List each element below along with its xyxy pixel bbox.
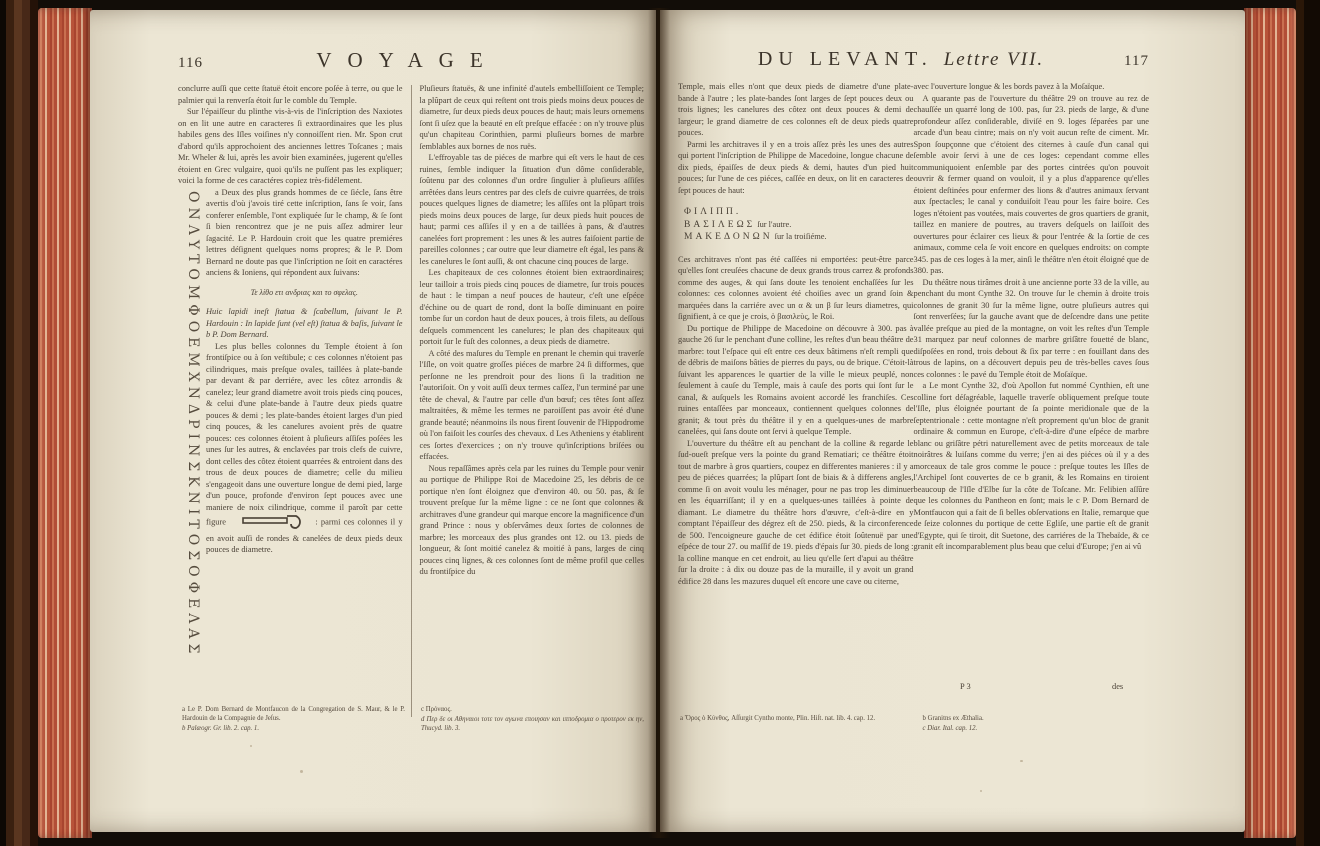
- paper-speck: [300, 770, 303, 773]
- page-117-text: Temple, mais elles n'ont que deux pieds …: [660, 81, 1245, 729]
- footnote: b Granitns ex Æthalia.: [923, 714, 1150, 723]
- footnote-column: a Ὄρος ὁ Κύνθος, Aſſurgit Cyntho monte, …: [680, 714, 907, 734]
- paragraph: L'effroyable tas de piéces de marbre qui…: [420, 152, 645, 267]
- footnote-column: c Πρόναος. d Περ δε οι Αθηναιοι τοτε τον…: [421, 705, 644, 734]
- page-116-text: conclurre auſſi que cette ſtatuë étoit e…: [90, 83, 656, 731]
- column-key-figure: [233, 513, 308, 533]
- catchword-right: des: [1112, 682, 1123, 691]
- paragraph: avec l'ouverture longue & les bords pave…: [914, 81, 1150, 93]
- paragraph: Nous repaſſâmes après cela par les ruine…: [420, 463, 645, 578]
- footnote: a Ὄρος ὁ Κύνθος, Aſſurgit Cyntho monte, …: [680, 714, 907, 723]
- paragraph: Parmi les architraves il y en a trois aſ…: [678, 139, 914, 197]
- lettre-label: Lettre VII.: [944, 49, 1044, 70]
- rotated-greek-inscription: ΟΝΛΥΤΟΜΦΟΕΜΧΝΔΡΙΝΣΚΝΙΤΟΣΟΦΕΛΑΣ: [176, 191, 202, 611]
- paragraph: a Deux des plus grands hommes de ce ſiéc…: [178, 187, 403, 279]
- paragraph: a Le mont Cynthe 32, d'où Apollon fut no…: [914, 380, 1150, 553]
- running-title-left: VOYAGE: [203, 48, 612, 73]
- footnote: c Πρόναος.: [421, 705, 644, 714]
- page-116-column-2: Pluſieurs ſtatuës, & une infinité d'aute…: [420, 83, 645, 731]
- page-117-footnotes: a Ὄρος ὁ Κύνθος, Aſſurgit Cyntho monte, …: [660, 714, 1245, 734]
- red-fore-edge-left: [38, 8, 92, 838]
- footnote: a Le P. Dom Bernard de Montfaucon de la …: [182, 705, 405, 723]
- book-binding-right: [1296, 0, 1320, 846]
- footnote: c Diar. Ital. cap. 12.: [923, 724, 1150, 733]
- page-number-left: 116: [178, 55, 203, 72]
- page-117-header: DU LEVANT. Lettre VII. 117: [660, 48, 1245, 71]
- footnote: d Περ δε οι Αθηναιοι τοτε τον αγωνα εποι…: [421, 715, 644, 733]
- paper-speck: [1020, 760, 1023, 762]
- page-number-right: 117: [1124, 53, 1149, 70]
- paragraph: Les chapiteaux de ces colonnes étoient b…: [420, 267, 645, 348]
- page-116-header: 116 VOYAGE: [90, 48, 656, 73]
- page-116-column-1: conclurre auſſi que cette ſtatuë étoit e…: [178, 83, 403, 731]
- paragraph: Pluſieurs ſtatuës, & une infinité d'aute…: [420, 83, 645, 152]
- paragraph: A côté des maſures du Temple en prenant …: [420, 348, 645, 463]
- footnote-column: a Le P. Dom Bernard de Montfaucon de la …: [182, 705, 405, 734]
- signature-mark: P 3: [960, 682, 971, 691]
- paragraph: Du portique de Philippe de Macedoine on …: [678, 323, 914, 438]
- paragraph: Du théâtre nous tirâmes droit à une anci…: [914, 277, 1150, 381]
- paper-speck: [250, 745, 252, 747]
- latin-passage: Huic lapidi ineſt ſtatua & ſcabellum, ſu…: [178, 306, 403, 341]
- running-title-right: DU LEVANT. Lettre VII.: [678, 48, 1124, 71]
- page-117-column-2: avec l'ouverture longue & les bords pave…: [914, 81, 1150, 729]
- open-book-photo: 116 VOYAGE conclurre auſſi que cette ſta…: [0, 0, 1320, 846]
- paragraph: Ces architraves n'ont pas été caſſées ni…: [678, 254, 914, 323]
- book-binding-left: [0, 0, 38, 846]
- book-gutter-shadow: [648, 8, 670, 838]
- paragraph: L'ouverture du théâtre eſt au penchant d…: [678, 438, 914, 588]
- page-117: DU LEVANT. Lettre VII. 117 Temple, mais …: [660, 10, 1245, 832]
- footnote-column: b Granitns ex Æthalia. c Diar. Ital. cap…: [923, 714, 1150, 734]
- page-116: 116 VOYAGE conclurre auſſi que cette ſta…: [90, 10, 656, 832]
- paragraph: Temple, mais elles n'ont que deux pieds …: [678, 81, 914, 139]
- red-fore-edge-right: [1244, 8, 1296, 838]
- column-divider-rule: [411, 85, 412, 717]
- paragraph: conclurre auſſi que cette ſtatuë étoit e…: [178, 83, 403, 106]
- greek-inscription-philip: ΦΙΛΙΠΠ. ΒΑΣΙΛΕΩΣ ſur l'autre. ΜΑΚΕΔΟΝΩΝ …: [684, 206, 914, 244]
- paragraph: Sur l'épaiſſeur du plinthe vis-à-vis de …: [178, 106, 403, 187]
- page-116-footnotes: a Le P. Dom Bernard de Montfaucon de la …: [90, 705, 656, 734]
- page-117-column-1: Temple, mais elles n'ont que deux pieds …: [678, 81, 914, 729]
- footnote: b Palæogr. Gr. lib. 2. cap. 1.: [182, 724, 405, 733]
- paper-speck: [980, 790, 982, 792]
- paragraph-with-figure: Les plus belles colonnes du Temple étoie…: [178, 341, 403, 556]
- paragraph: A quarante pas de l'ouverture du théâtre…: [914, 93, 1150, 277]
- greek-quotation: Τε λίθο ετι ανδριας και το σφελας.: [178, 287, 403, 299]
